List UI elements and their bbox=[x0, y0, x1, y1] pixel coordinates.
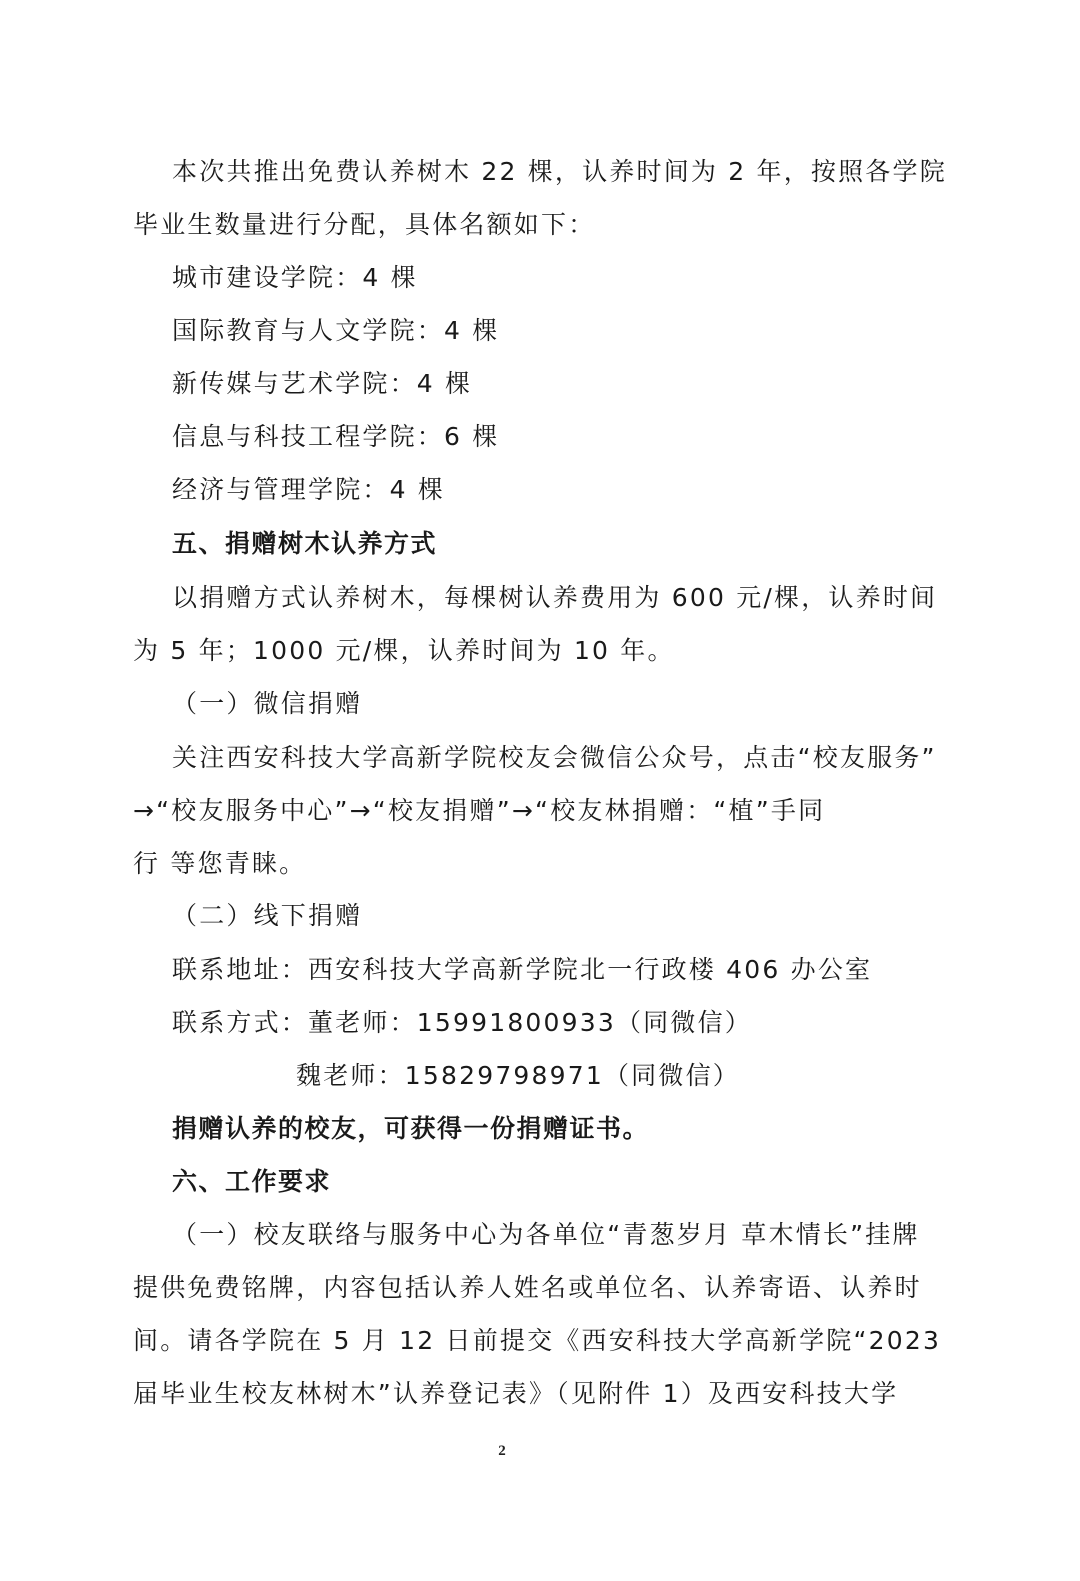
document-page: 本次共推出免费认养树木 22 棵，认养时间为 2 年，按照各学院 毕业生数量进行… bbox=[0, 0, 1080, 1581]
allocation-item: 经济与管理学院：4 棵 bbox=[172, 475, 445, 505]
wechat-donation-line-1: 关注西安科技大学高新学院校友会微信公众号，点击“校友服务” bbox=[172, 743, 937, 773]
allocation-item: 城市建设学院：4 棵 bbox=[172, 263, 418, 293]
contact-address: 联系地址：西安科技大学高新学院北一行政楼 406 办公室 bbox=[172, 955, 872, 985]
section-5-heading: 五、捐赠树木认养方式 bbox=[172, 529, 437, 559]
section-6-line-3: 间。请各学院在 5 月 12 日前提交《西安科技大学高新学院“2023 bbox=[133, 1326, 941, 1356]
offline-donation-heading: （二）线下捐赠 bbox=[172, 901, 362, 931]
section-6-line-2: 提供免费铭牌，内容包括认养人姓名或单位名、认养寄语、认养时 bbox=[133, 1273, 922, 1303]
section-6-line-1: （一）校友联络与服务中心为各单位“青葱岁月 草木情长”挂牌 bbox=[172, 1220, 920, 1250]
intro-line-2: 毕业生数量进行分配，具体名额如下： bbox=[133, 210, 595, 240]
contact-phone-dong: 联系方式：董老师：15991800933（同微信） bbox=[172, 1008, 752, 1038]
section-6-line-4: 届毕业生校友林树木”认养登记表》（见附件 1）及西安科技大学 bbox=[133, 1379, 898, 1409]
allocation-item: 新传媒与艺术学院：4 棵 bbox=[172, 369, 472, 399]
section-5-para-line-2: 为 5 年；1000 元/棵，认养时间为 10 年。 bbox=[133, 636, 675, 666]
certificate-note: 捐赠认养的校友，可获得一份捐赠证书。 bbox=[172, 1114, 649, 1144]
page-number: 2 bbox=[0, 1443, 1004, 1460]
wechat-donation-line-2: →“校友服务中心”→“校友捐赠”→“校友林捐赠：“植”手同 bbox=[133, 796, 825, 826]
wechat-donation-heading: （一）微信捐赠 bbox=[172, 689, 362, 719]
intro-line-1: 本次共推出免费认养树木 22 棵，认养时间为 2 年，按照各学院 bbox=[172, 157, 947, 187]
section-5-para-line-1: 以捐赠方式认养树木，每棵树认养费用为 600 元/棵，认养时间 bbox=[172, 583, 937, 613]
allocation-item: 信息与科技工程学院：6 棵 bbox=[172, 422, 499, 452]
section-6-heading: 六、工作要求 bbox=[172, 1167, 331, 1197]
wechat-donation-line-3: 行 等您青睐。 bbox=[133, 849, 306, 879]
allocation-item: 国际教育与人文学院：4 棵 bbox=[172, 316, 499, 346]
contact-phone-wei: 魏老师：15829798971（同微信） bbox=[296, 1061, 740, 1091]
